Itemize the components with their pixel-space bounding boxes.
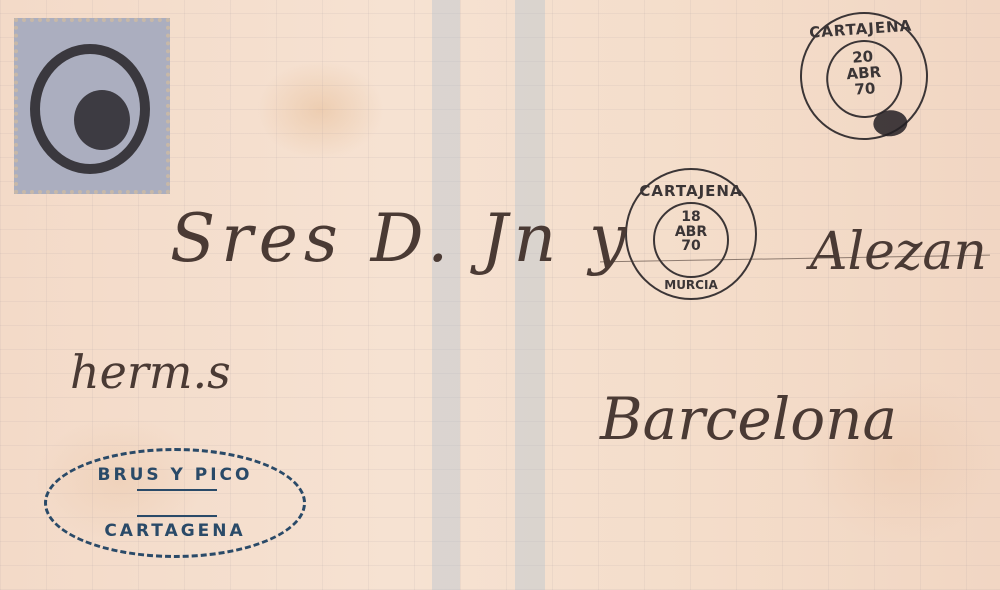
- address-name: Alezan: [810, 222, 987, 282]
- address-city: Barcelona: [600, 385, 897, 453]
- stamp-cancellation-numeral: [74, 90, 130, 150]
- postmark-cartajena-18-abr: CARTAJENA 18 ABR 70 MURCIA: [625, 168, 757, 300]
- postage-stamp: [14, 18, 170, 194]
- postal-cover: CARTAJENA 20 ABR 70 CARTAJENA 18 ABR 70 …: [0, 0, 1000, 590]
- handstamp-firm: BRUS Y PICO: [47, 465, 303, 485]
- sender-oval-handstamp: BRUS Y PICO CARTAGENA: [44, 448, 306, 558]
- address-salutation: Sres D. Jn y: [170, 200, 632, 277]
- postmark-town: CARTAJENA: [625, 182, 757, 200]
- postmark-date: 20 ABR 70: [798, 46, 929, 102]
- handstamp-town: CARTAGENA: [47, 521, 303, 541]
- postmark-date: 18 ABR 70: [625, 210, 757, 254]
- postmark-region: MURCIA: [625, 278, 757, 292]
- blue-band-left: [432, 0, 460, 590]
- blue-band-right: [515, 0, 545, 590]
- address-line2: herm.s: [70, 345, 231, 399]
